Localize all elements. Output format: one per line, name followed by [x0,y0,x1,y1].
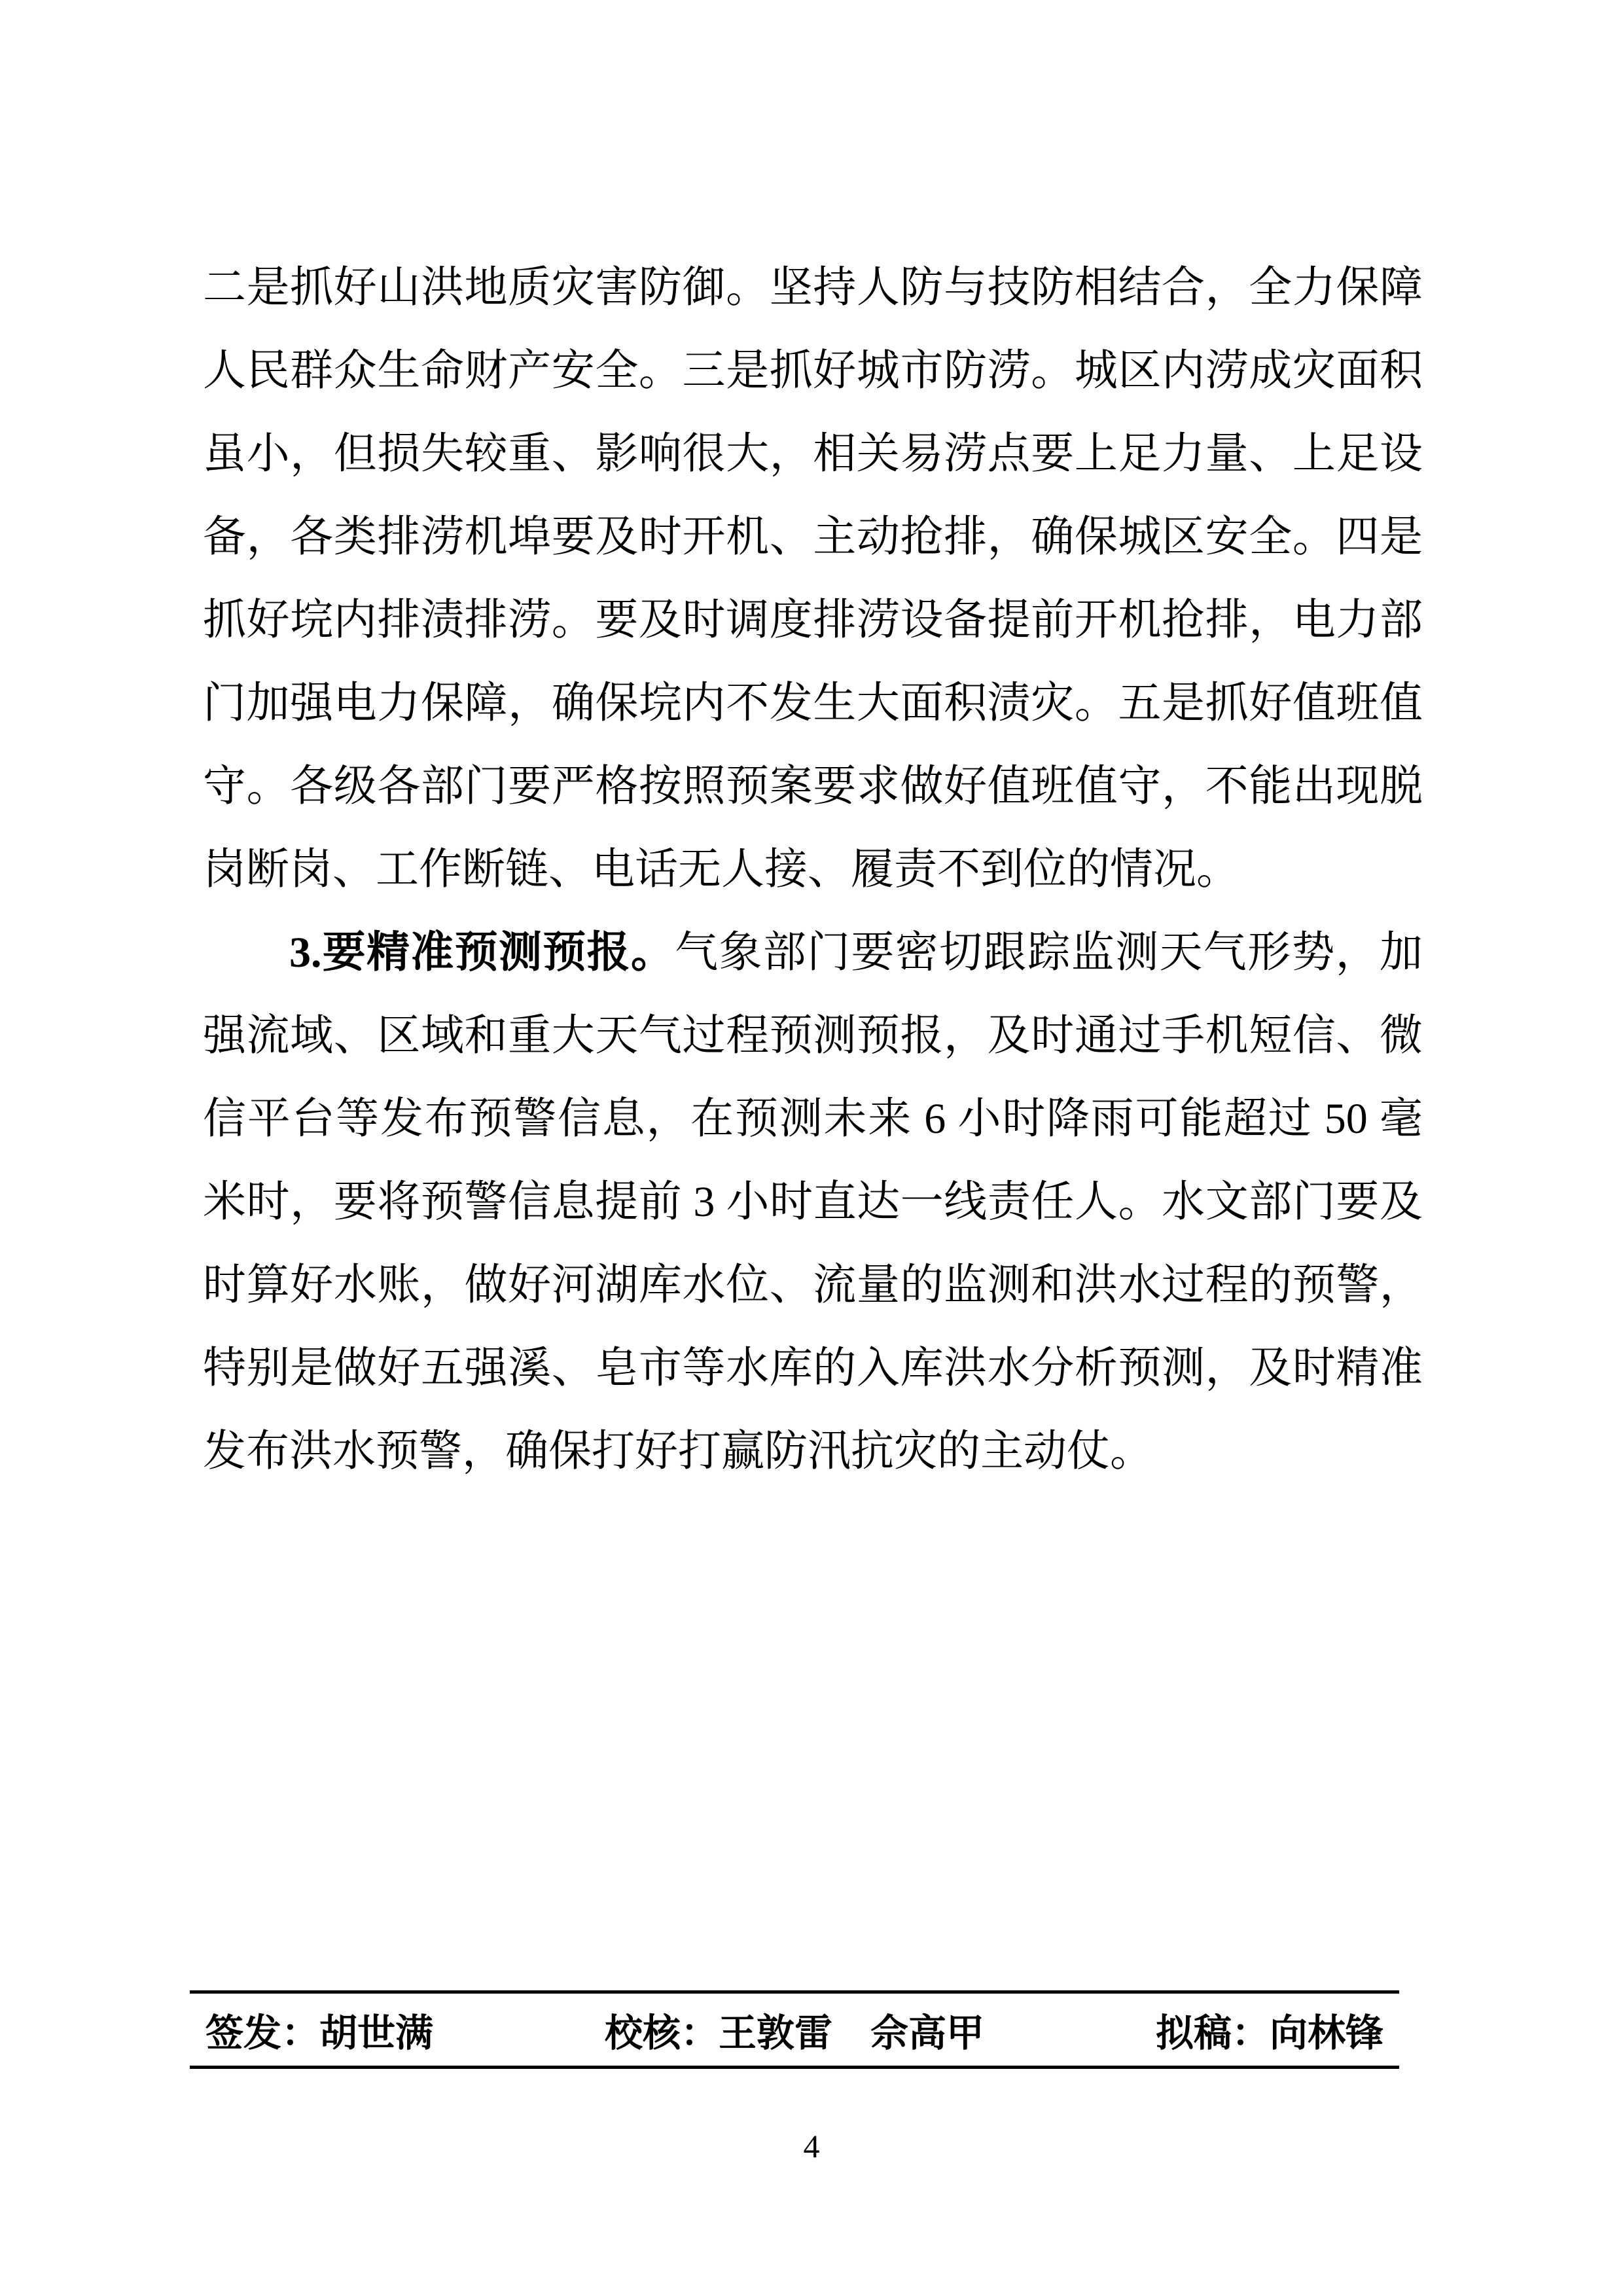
drafter-label: 拟稿： [1156,2012,1270,2054]
body-text: 二是抓好山洪地质灾害防御。坚持人防与技防相结合，全力保障 人民群众生命财产安全。… [203,246,1423,1493]
colophon: 签发：胡世满 校核：王敦雷 佘高甲 拟稿：向林锋 [190,1990,1399,2069]
signer-label: 签发： [205,2012,319,2054]
signer-name: 胡世满 [319,2012,433,2054]
body-line: 时算好水账，做好河湖库水位、流量的监测和洪水过程的预警， [203,1244,1423,1327]
drafter-item: 拟稿：向林锋 [1156,2002,1383,2057]
body-line: 抓好垸内排渍排涝。要及时调度排涝设备提前开机抢排，电力部 [203,579,1423,662]
colophon-bottom-rule [190,2066,1399,2069]
paragraph-text: 气象部门要密切跟踪监测天气形势，加 [675,929,1423,977]
body-line: 强流域、区域和重大天气过程预测预报，及时通过手机短信、微 [203,994,1423,1077]
body-line: 备，各类排涝机埠要及时开机、主动抢排，确保城区安全。四是 [203,495,1423,579]
body-line: 虽小，但损失较重、影响很大，相关易涝点要上足力量、上足设 [203,412,1423,495]
proofreader-names: 王敦雷 佘高甲 [719,2012,984,2054]
body-line: 特别是做好五强溪、皂市等水库的入库洪水分析预测，及时精准 [203,1327,1423,1410]
body-line: 二是抓好山洪地质灾害防御。坚持人防与技防相结合，全力保障 [203,246,1423,329]
drafter-name: 向林锋 [1270,2012,1383,2054]
paragraph-heading: 3.要精准预测预报。 [289,929,675,977]
signer-item: 签发：胡世满 [205,2002,433,2057]
body-line: 3.要精准预测预报。气象部门要密切跟踪监测天气形势，加 [203,911,1423,994]
body-line: 发布洪水预警，确保打好打赢防汛抗灾的主动仗。 [203,1410,1423,1493]
body-line: 信平台等发布预警信息，在预测未来 6 小时降雨可能超过 50 毫 [203,1077,1423,1160]
document-page: 二是抓好山洪地质灾害防御。坚持人防与技防相结合，全力保障 人民群众生命财产安全。… [0,0,1623,2296]
body-line: 人民群众生命财产安全。三是抓好城市防涝。城区内涝成灾面积 [203,329,1423,412]
body-line: 米时，要将预警信息提前 3 小时直达一线责任人。水文部门要及 [203,1160,1423,1244]
proofreader-item: 校核：王敦雷 佘高甲 [605,2002,984,2057]
body-line: 守。各级各部门要严格按照预案要求做好值班值守，不能出现脱 [203,745,1423,828]
page-number: 4 [0,2125,1623,2168]
colophon-names-row: 签发：胡世满 校核：王敦雷 佘高甲 拟稿：向林锋 [190,1994,1399,2066]
body-line: 岗断岗、工作断链、电话无人接、履责不到位的情况。 [203,828,1423,911]
body-line: 门加强电力保障，确保垸内不发生大面积渍灾。五是抓好值班值 [203,662,1423,745]
proofreader-label: 校核： [605,2012,719,2054]
